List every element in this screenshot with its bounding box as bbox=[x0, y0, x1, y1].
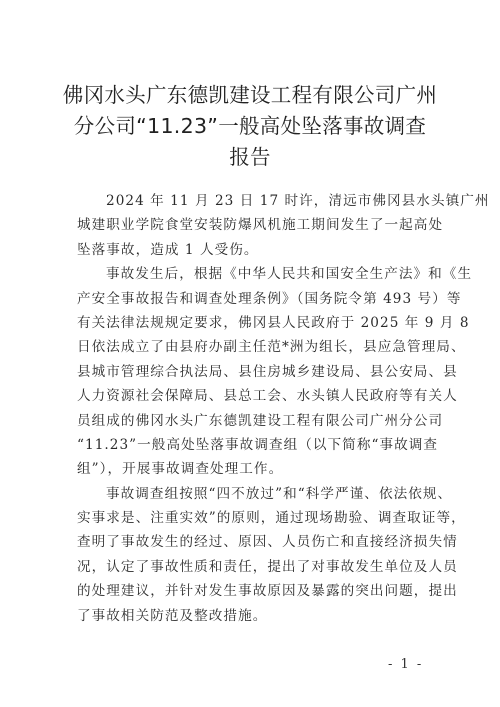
text-line: 组”），开展事故调查处理工作。 bbox=[77, 457, 429, 481]
text-line: 日依法成立了由县府办副主任范*洲为组长，县应急管理局、 bbox=[77, 335, 429, 359]
text-line: 坠落事故，造成 1 人受伤。 bbox=[77, 238, 429, 262]
document-page: 佛冈水头广东德凯建设工程有限公司广州 分公司“11.23”一般高处坠落事故调查 … bbox=[0, 0, 500, 707]
text-line: 县城市管理综合执法局、县住房城乡建设局、县公安局、县 bbox=[77, 360, 429, 384]
title-line: 分公司“11.23”一般高处坠落事故调查 bbox=[60, 111, 440, 142]
text-line: 况，认定了事故性质和责任，提出了对事故发生单位及人员 bbox=[77, 555, 429, 579]
title-line: 报告 bbox=[60, 142, 440, 173]
text-line: 查明了事故发生的经过、原因、人员伤亡和直接经济损失情 bbox=[77, 530, 429, 554]
paragraph-2: 事故发生后，根据《中华人民共和国安全生产法》和《生 产安全事故报告和调查处理条例… bbox=[77, 262, 429, 482]
page-number: - 1 - bbox=[388, 657, 423, 672]
document-body: 2024 年 11 月 23 日 17 时许，清远市佛冈县水头镇广州 城建职业学… bbox=[77, 189, 429, 628]
text-line: 实事求是、注重实效”的原则，通过现场勘验、调查取证等， bbox=[77, 506, 429, 530]
text-line: 的处理建议，并针对发生事故原因及暴露的突出问题，提出 bbox=[77, 579, 429, 603]
text-line: 产安全事故报告和调查处理条例》（国务院令第 493 号）等 bbox=[77, 287, 429, 311]
text-line: 事故调查组按照“四不放过”和“科学严谨、依法依规、 bbox=[77, 482, 429, 506]
text-line: 城建职业学院食堂安装防爆风机施工期间发生了一起高处 bbox=[77, 213, 429, 237]
text-line: 人力资源社会保障局、县总工会、水头镇人民政府等有关人 bbox=[77, 384, 429, 408]
paragraph-3: 事故调查组按照“四不放过”和“科学严谨、依法依规、 实事求是、注重实效”的原则，… bbox=[77, 482, 429, 628]
text-line: 有关法律法规规定要求，佛冈县人民政府于 2025 年 9 月 8 bbox=[77, 311, 429, 335]
text-line: 2024 年 11 月 23 日 17 时许，清远市佛冈县水头镇广州 bbox=[77, 189, 429, 213]
text-line: 事故发生后，根据《中华人民共和国安全生产法》和《生 bbox=[77, 262, 429, 286]
paragraph-1: 2024 年 11 月 23 日 17 时许，清远市佛冈县水头镇广州 城建职业学… bbox=[77, 189, 429, 262]
text-line: “11.23”一般高处坠落事故调查组（以下简称“事故调查 bbox=[77, 433, 429, 457]
title-line: 佛冈水头广东德凯建设工程有限公司广州 bbox=[60, 80, 440, 111]
text-line: 了事故相关防范及整改措施。 bbox=[77, 604, 429, 628]
document-title: 佛冈水头广东德凯建设工程有限公司广州 分公司“11.23”一般高处坠落事故调查 … bbox=[60, 80, 440, 173]
text-line: 员组成的佛冈水头广东德凯建设工程有限公司广州分公司 bbox=[77, 409, 429, 433]
